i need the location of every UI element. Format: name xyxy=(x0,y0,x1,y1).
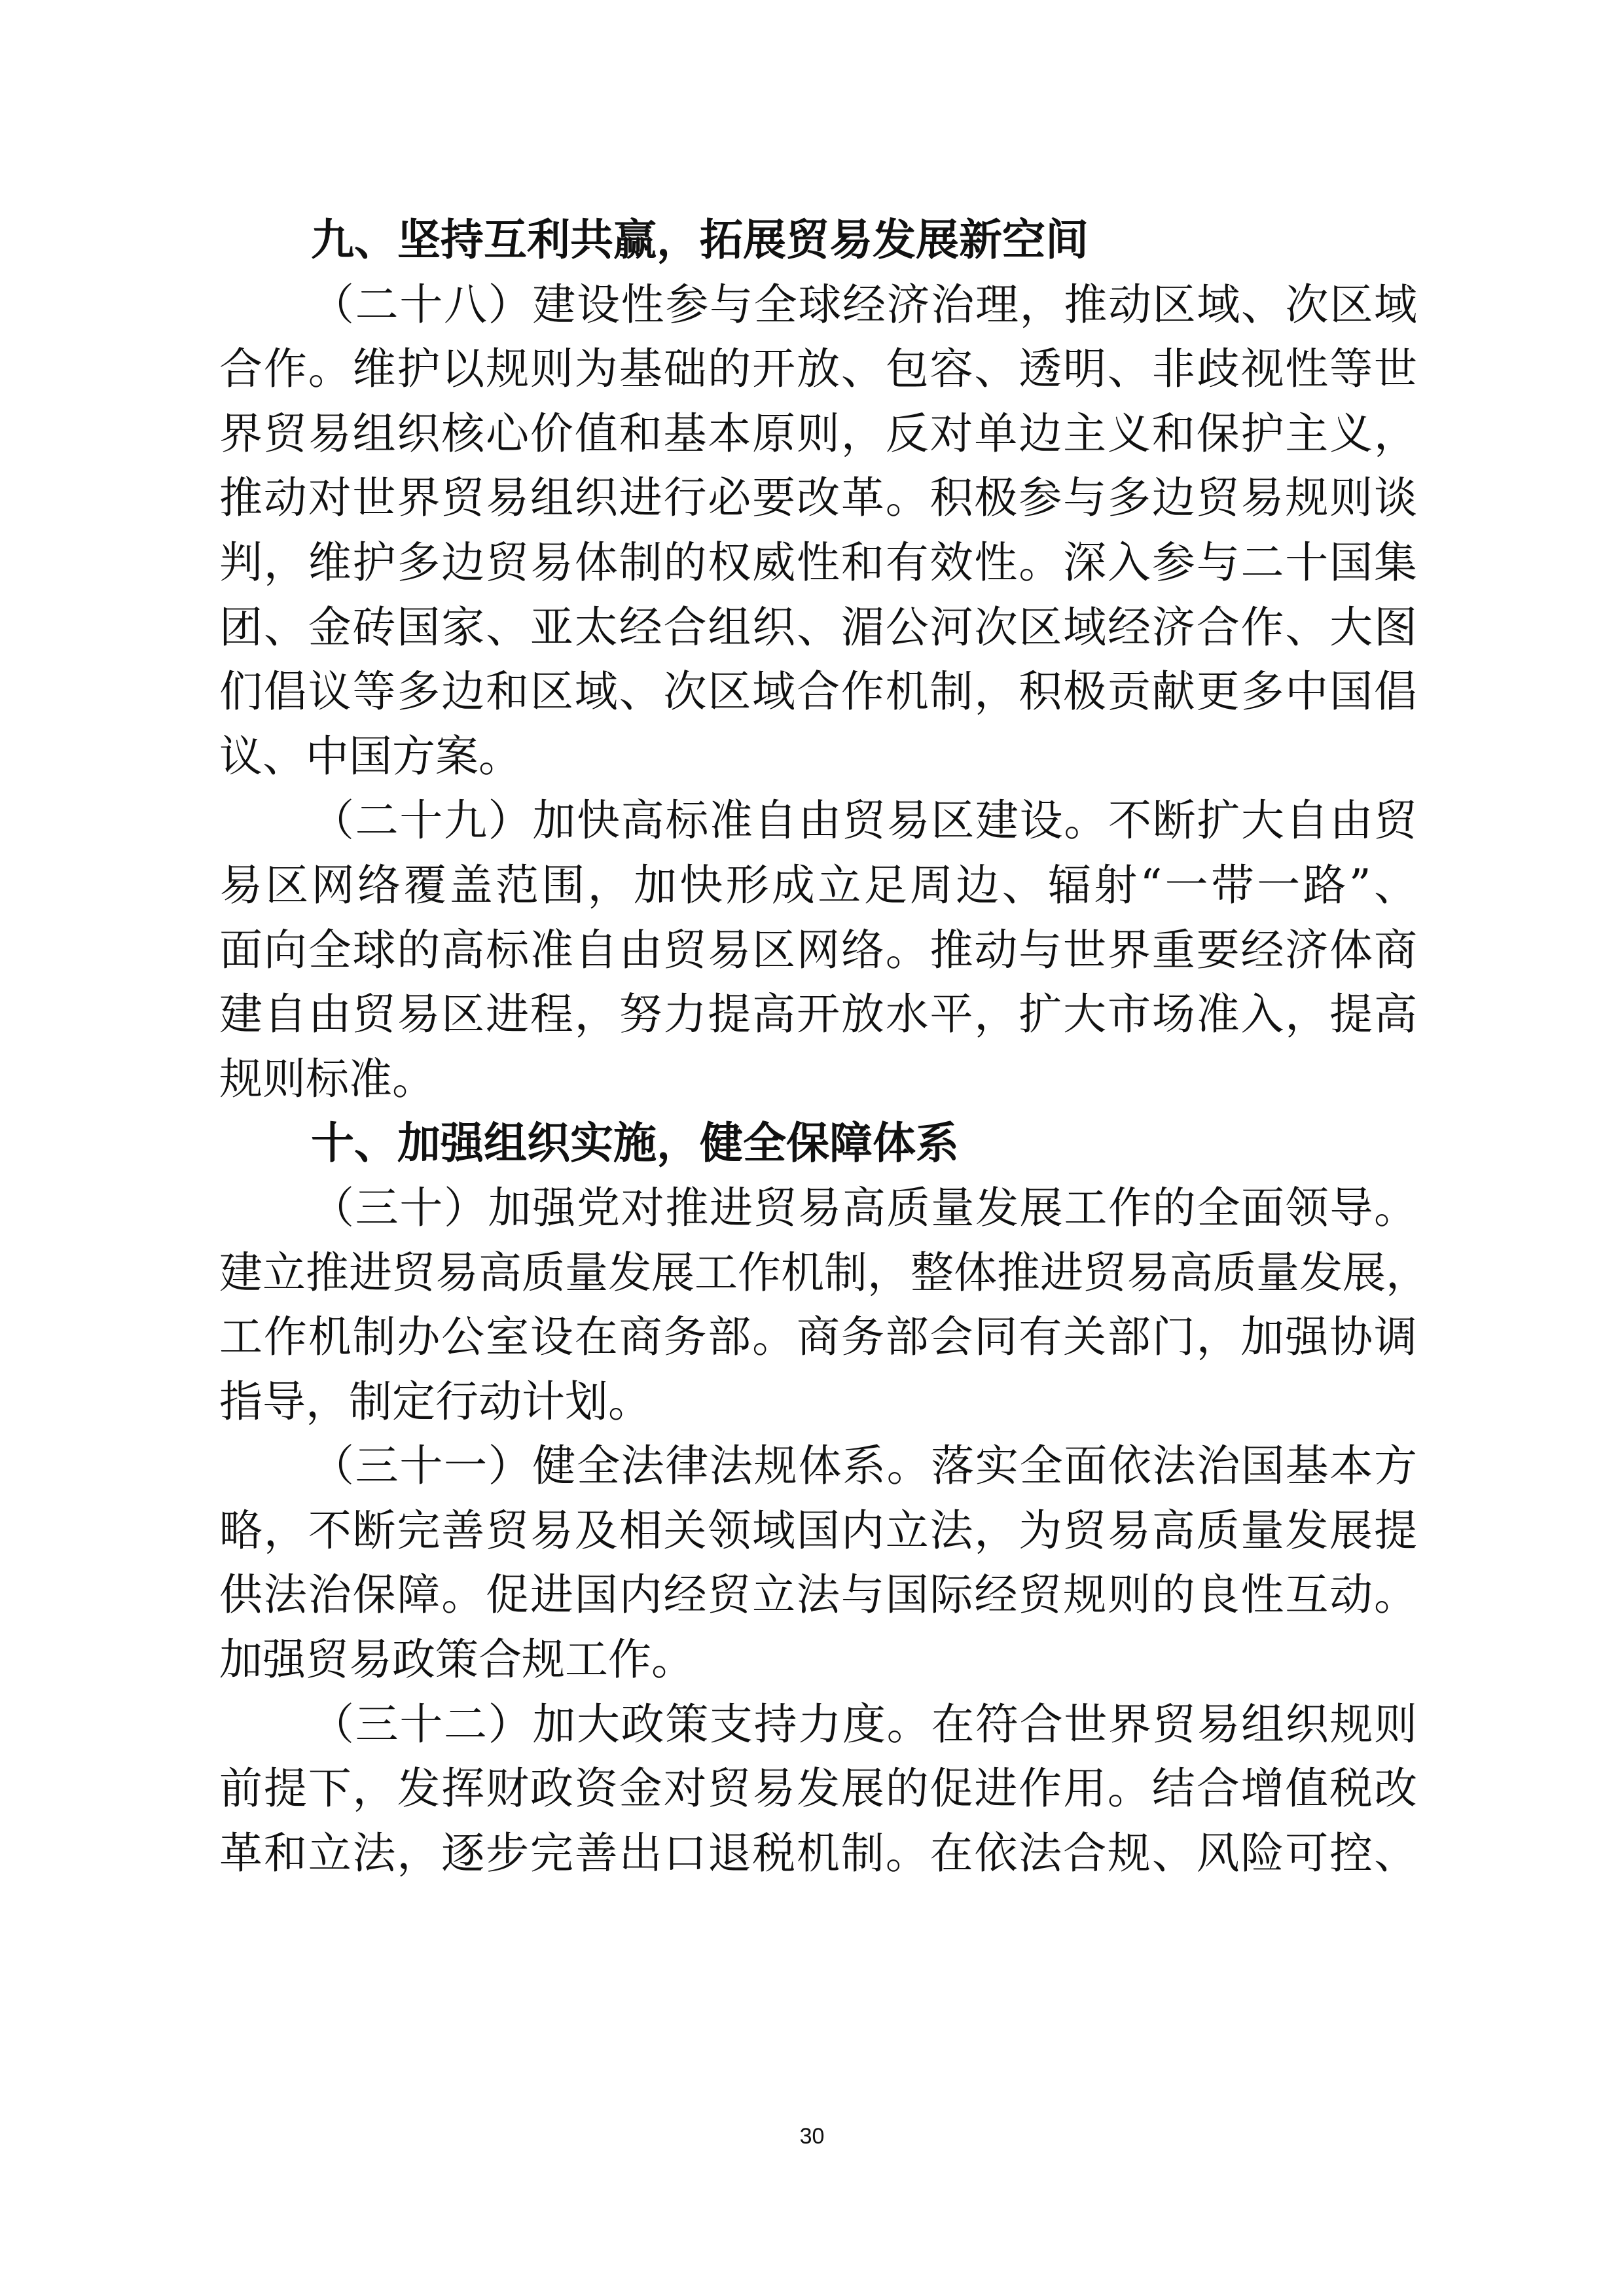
paragraph-32-line: 革和立法，逐步完善出口退税机制。在依法合规、风险可控、 xyxy=(219,1821,1417,1886)
paragraph-30-line: 建立推进贸易高质量发展工作机制，整体推进贸易高质量发展， xyxy=(219,1241,1417,1306)
paragraph-31-line: 供法治保障。促进国内经贸立法与国际经贸规则的良性互动。 xyxy=(219,1563,1417,1628)
paragraph-30-line: （三十）加强党对推进贸易高质量发展工作的全面领导。 xyxy=(219,1176,1417,1241)
paragraph-28-line: 判，维护多边贸易体制的权威性和有效性。深入参与二十国集 xyxy=(219,531,1417,596)
document-body: 九、坚持互利共赢，拓展贸易发展新空间 （二十八）建设性参与全球经济治理，推动区域… xyxy=(219,208,1417,1886)
section-heading-10: 十、加强组织实施，健全保障体系 xyxy=(219,1111,1417,1176)
paragraph-28-line: 团、金砖国家、亚太经合组织、湄公河次区域经济合作、大图 xyxy=(219,596,1417,660)
paragraph-32-line: （三十二）加大政策支持力度。在符合世界贸易组织规则 xyxy=(219,1693,1417,1757)
paragraph-29-line: （二十九）加快高标准自由贸易区建设。不断扩大自由贸 xyxy=(219,789,1417,853)
paragraph-28-line: 界贸易组织核心价值和基本原则，反对单边主义和保护主义， xyxy=(219,402,1417,467)
paragraph-30-line: 工作机制办公室设在商务部。商务部会同有关部门，加强协调 xyxy=(219,1305,1417,1370)
section-heading-9: 九、坚持互利共赢，拓展贸易发展新空间 xyxy=(219,208,1417,273)
paragraph-28-line: 推动对世界贸易组织进行必要改革。积极参与多边贸易规则谈 xyxy=(219,466,1417,531)
paragraph-30-line: 指导，制定行动计划。 xyxy=(219,1370,1417,1435)
paragraph-28-line: 合作。维护以规则为基础的开放、包容、透明、非歧视性等世 xyxy=(219,337,1417,402)
paragraph-28-line: 议、中国方案。 xyxy=(219,725,1417,789)
paragraph-28-line: （二十八）建设性参与全球经济治理，推动区域、次区域 xyxy=(219,273,1417,338)
paragraph-29-line: 面向全球的高标准自由贸易区网络。推动与世界重要经济体商 xyxy=(219,918,1417,983)
paragraph-32-line: 前提下，发挥财政资金对贸易发展的促进作用。结合增值税改 xyxy=(219,1757,1417,1821)
paragraph-31-line: （三十一）健全法律法规体系。落实全面依法治国基本方 xyxy=(219,1434,1417,1499)
paragraph-28-line: 们倡议等多边和区域、次区域合作机制，积极贡献更多中国倡 xyxy=(219,660,1417,725)
paragraph-29-line: 规则标准。 xyxy=(219,1047,1417,1112)
paragraph-29-line: 建自由贸易区进程，努力提高开放水平，扩大市场准入，提高 xyxy=(219,982,1417,1047)
paragraph-29-line: 易区网络覆盖范围，加快形成立足周边、辐射“一带一路”、 xyxy=(219,853,1417,918)
paragraph-31-line: 略，不断完善贸易及相关领域国内立法，为贸易高质量发展提 xyxy=(219,1499,1417,1564)
paragraph-31-line: 加强贸易政策合规工作。 xyxy=(219,1628,1417,1693)
page-number: 30 xyxy=(0,2124,1624,2149)
